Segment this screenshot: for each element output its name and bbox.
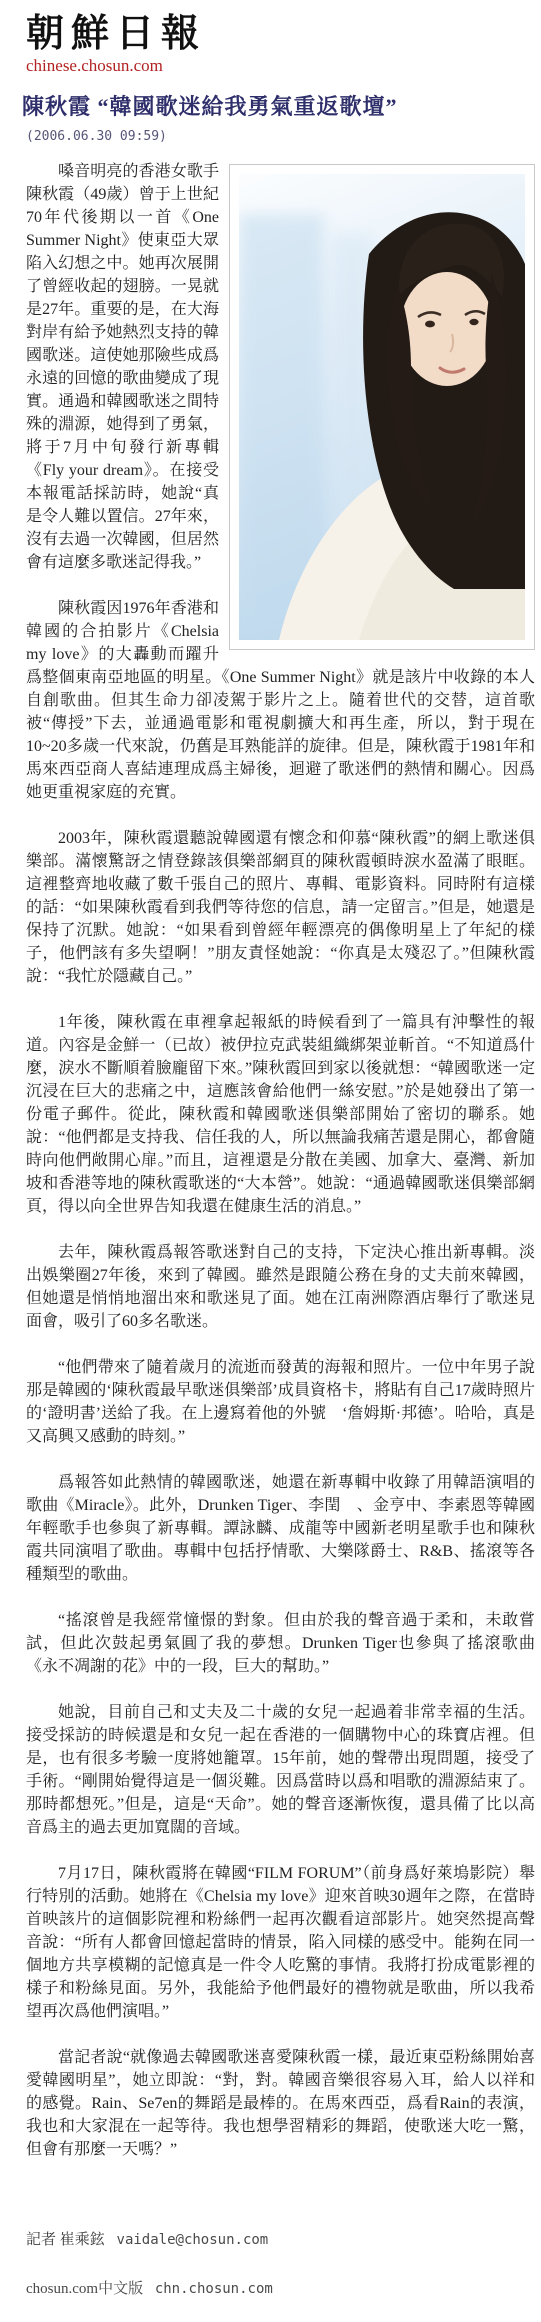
source-site-link[interactable]: chn.chosun.com xyxy=(155,2281,273,2297)
paragraph: 7月17日，陳秋霞將在韓國“FILM FORUM”（前身爲好萊塢影院）舉行特別的… xyxy=(26,1862,535,2023)
paragraph: 爲報答如此熱情的韓國歌迷，她還在新專輯中收錄了用韓語演唱的歌曲《Miracle》… xyxy=(26,1471,535,1586)
byline: 記者 崔乘鉉 vaidale@chosun.com xyxy=(26,2228,535,2249)
paragraph: 1年後，陳秋霞在車裡拿起報紙的時候看到了一篇具有沖擊性的報道。內容是金鮮一（已故… xyxy=(26,1011,535,1218)
site-logo[interactable]: 朝鮮日報 xyxy=(26,12,535,54)
paragraph: 去年，陳秋霞爲報答歌迷對自己的支持，下定決心推出新專輯。淡出娛樂圈27年後，來到… xyxy=(26,1241,535,1333)
article-page: 朝鮮日報 chinese.chosun.com 陳秋霞 “韓國歌迷給我勇氣重返歌… xyxy=(0,0,541,2322)
paragraph: 她說，目前自己和丈夫及二十歲的女兒一起過着非常幸福的生活。接受採訪的時候還是和女… xyxy=(26,1701,535,1839)
reporter-name: 記者 崔乘鉉 xyxy=(26,2232,105,2248)
portrait-illustration xyxy=(239,174,525,640)
reporter-email-link[interactable]: vaidale@chosun.com xyxy=(117,2232,269,2248)
article-date: (2006.06.30 09:59) xyxy=(26,129,535,144)
source-label: chosun.com中文版 xyxy=(26,2281,143,2297)
site-url-link[interactable]: chinese.chosun.com xyxy=(26,56,535,76)
article-photo xyxy=(229,164,535,650)
paragraph: 2003年，陳秋霞還聽說韓國還有懷念和仰慕“陳秋霞”的網上歌迷俱樂部。滿懷驚訝之… xyxy=(26,827,535,988)
paragraph: “他們帶來了隨着歲月的流逝而發黃的海報和照片。一位中年男子說那是韓國的‘陳秋霞最… xyxy=(26,1356,535,1448)
article-title: 陳秋霞 “韓國歌迷給我勇氣重返歌壇” xyxy=(22,92,535,122)
source-line: chosun.com中文版 chn.chosun.com xyxy=(26,2277,535,2298)
paragraph: “搖滾曾是我經常憧憬的對象。但由於我的聲音過于柔和，未敢嘗試，但此次鼓起勇氣圓了… xyxy=(26,1609,535,1678)
article-body: 嗓音明亮的香港女歌手陳秋霞（49歲）曾于上世紀70年代後期以一首《One Sum… xyxy=(26,160,535,2184)
site-header: 朝鮮日報 chinese.chosun.com xyxy=(26,12,535,76)
paragraph: 當記者說“就像過去韓國歌迷喜愛陳秋霞一樣，最近東亞粉絲開始喜愛韓國明星”，她立即… xyxy=(26,2046,535,2161)
